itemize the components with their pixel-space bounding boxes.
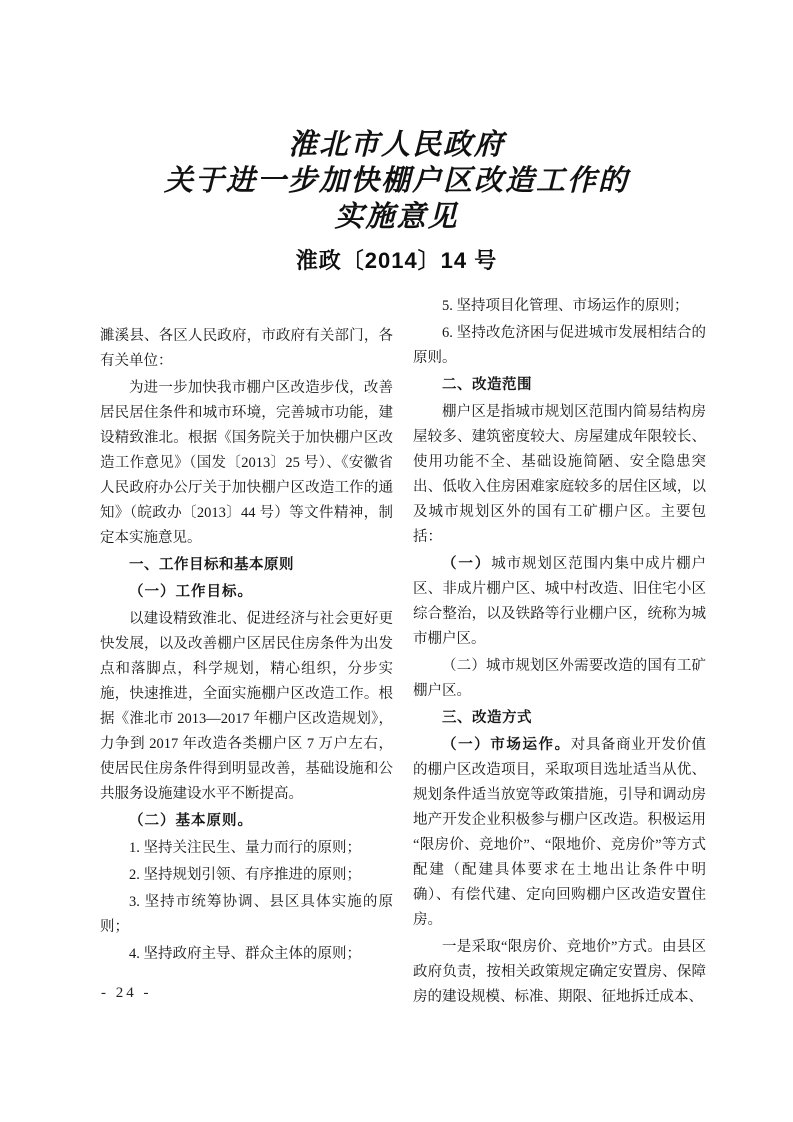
paragraph: 6. 坚持改危济困与促进城市发展相结合的原则。 xyxy=(413,321,706,371)
paragraph: （一）市场运作。对具备商业开发价值的棚户区改造项目，采取项目选址适当从优、规划条… xyxy=(413,733,706,933)
section-heading: （二）基本原则。 xyxy=(100,809,393,834)
paragraph: 一是采取“限房价、竞地价”方式。由县区政府负责，按相关政策规定确定安置房、保障房… xyxy=(413,935,706,1010)
paragraph: （二）城市规划区外需要改造的国有工矿棚户区。 xyxy=(413,654,706,704)
body-columns: 濉溪县、各区人民政府，市政府有关部门，各有关单位：为进一步加快我市棚户区改造步伐… xyxy=(0,276,793,1012)
document-title-line-2: 关于进一步加快棚户区改造工作的 xyxy=(0,162,793,198)
paragraph-lead: （一） xyxy=(442,556,491,572)
page-number: - 24 - xyxy=(101,985,152,1002)
paragraph: 2. 坚持规划引领、有序推进的原则； xyxy=(100,863,393,888)
document-title-line-1: 淮北市人民政府 xyxy=(0,126,793,162)
paragraph: 1. 坚持关注民生、量力而行的原则； xyxy=(100,836,393,861)
paragraph-lead: （一）市场运作。 xyxy=(442,737,571,753)
left-column: 濉溪县、各区人民政府，市政府有关部门，各有关单位：为进一步加快我市棚户区改造步伐… xyxy=(100,292,393,1012)
document-number: 淮政〔2014〕14 号 xyxy=(0,246,793,276)
section-heading: 二、改造范围 xyxy=(413,373,706,398)
section-heading: 一、工作目标和基本原则 xyxy=(100,553,393,578)
paragraph: 以建设精致淮北、促进经济与社会更好更快发展，以及改善棚户区居民住房条件为出发点和… xyxy=(100,607,393,807)
section-heading: 三、改造方式 xyxy=(413,706,706,731)
document-page: 淮北市人民政府 关于进一步加快棚户区改造工作的 实施意见 淮政〔2014〕14 … xyxy=(0,0,793,1122)
document-title-block: 淮北市人民政府 关于进一步加快棚户区改造工作的 实施意见 淮政〔2014〕14 … xyxy=(0,0,793,276)
section-heading: （一）工作目标。 xyxy=(100,580,393,605)
paragraph: 4. 坚持政府主导、群众主体的原则； xyxy=(100,942,393,967)
paragraph: 为进一步加快我市棚户区改造步伐，改善居民居住条件和城市环境，完善城市功能，建设精… xyxy=(100,376,393,551)
document-title-line-3: 实施意见 xyxy=(0,198,793,234)
right-column: 5. 坚持项目化管理、市场运作的原则；6. 坚持改危济困与促进城市发展相结合的原… xyxy=(413,292,706,1012)
paragraph: 濉溪县、各区人民政府，市政府有关部门，各有关单位： xyxy=(100,324,393,374)
paragraph: 5. 坚持项目化管理、市场运作的原则； xyxy=(413,294,706,319)
paragraph: 棚户区是指城市规划区范围内简易结构房屋较多、建筑密度较大、房屋建成年限较长、使用… xyxy=(413,400,706,550)
paragraph: 3. 坚持市统筹协调、县区具体实施的原则； xyxy=(100,890,393,940)
paragraph: （一）城市规划区范围内集中成片棚户区、非成片棚户区、城中村改造、旧住宅小区综合整… xyxy=(413,552,706,652)
